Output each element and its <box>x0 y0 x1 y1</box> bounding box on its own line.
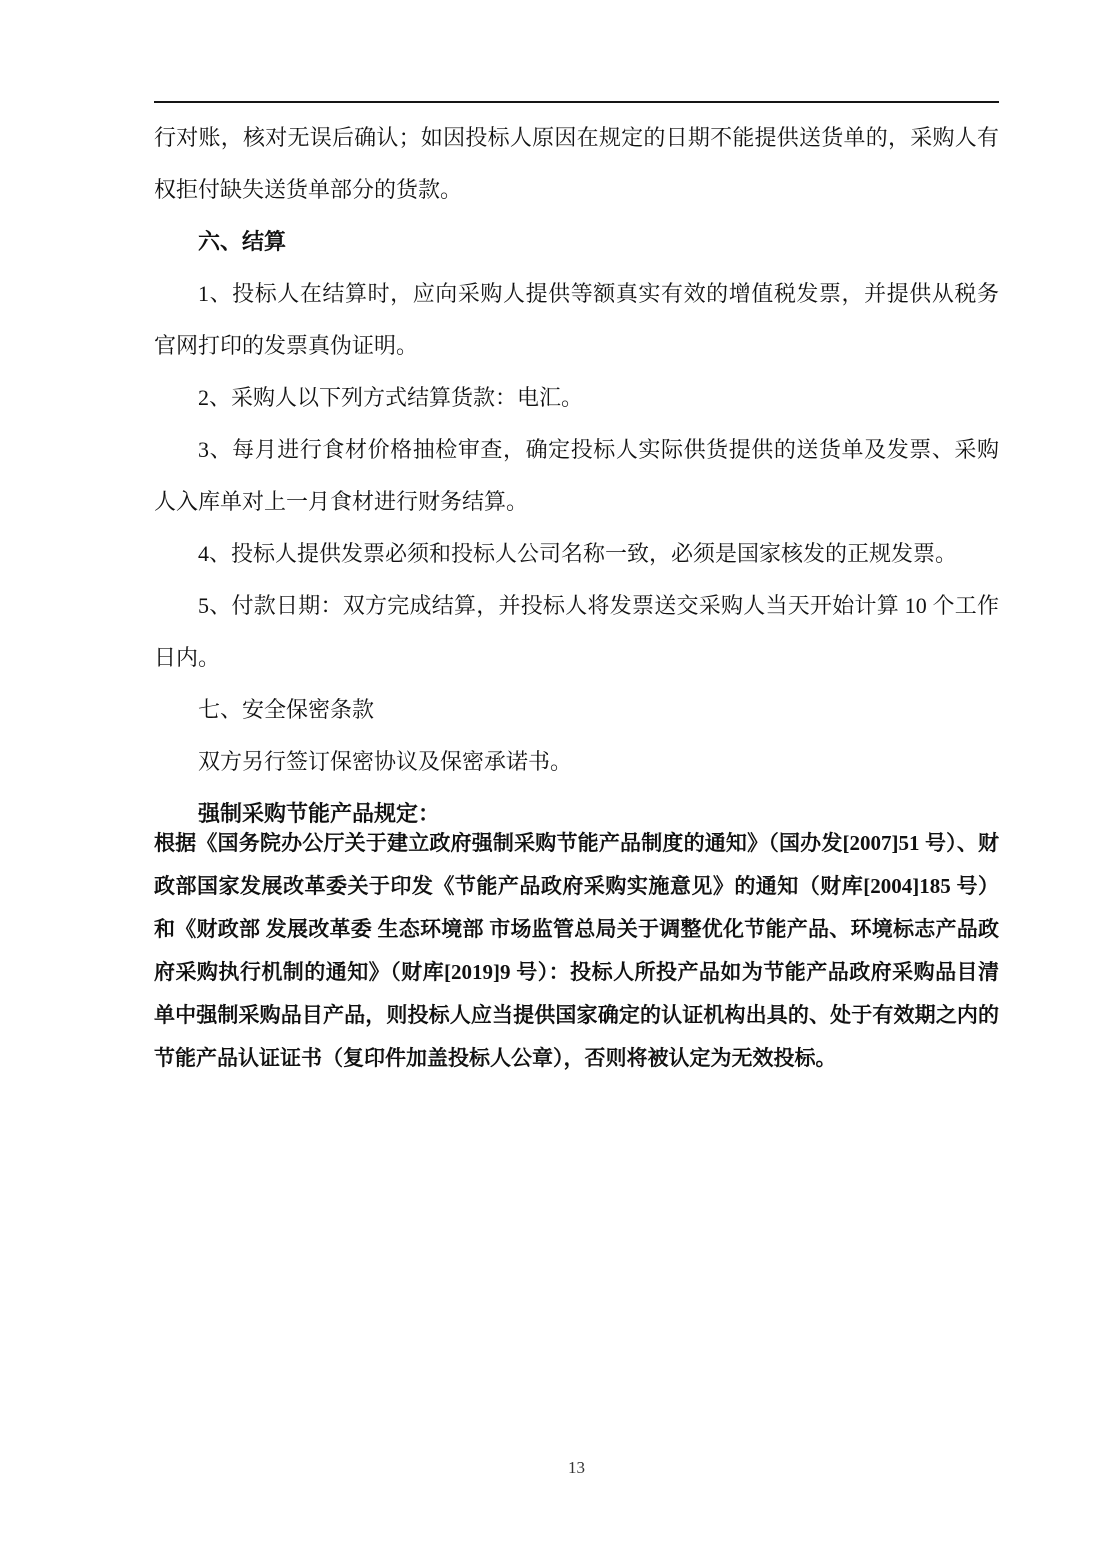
page-number: 13 <box>154 1458 999 1478</box>
paragraph-settlement-item-1: 1、投标人在结算时，应向采购人提供等额真实有效的增值税发票，并提供从税务官网打印… <box>154 268 999 372</box>
paragraph-settlement-item-4: 4、投标人提供发票必须和投标人公司名称一致，必须是国家核发的正规发票。 <box>154 528 999 580</box>
paragraph-settlement-item-3: 3、每月进行食材价格抽检审查，确定投标人实际供货提供的送货单及发票、采购人入库单… <box>154 424 999 528</box>
heading-section-7-confidentiality: 七、安全保密条款 <box>154 684 999 736</box>
paragraph-settlement-item-5: 5、付款日期：双方完成结算，并投标人将发票送交采购人当天开始计算 10 个工作日… <box>154 580 999 684</box>
paragraph-confidentiality: 双方另行签订保密协议及保密承诺书。 <box>154 736 999 788</box>
document-page: 行对账，核对无误后确认；如因投标人原因在规定的日期不能提供送货单的，采购人有权拒… <box>0 0 1103 1559</box>
document-body: 行对账，核对无误后确认；如因投标人原因在规定的日期不能提供送货单的，采购人有权拒… <box>154 112 999 1080</box>
header-rule <box>154 101 999 103</box>
paragraph-energy-saving-procurement-rule: 根据《国务院办公厅关于建立政府强制采购节能产品制度的通知》（国办发[2007]5… <box>154 822 999 1080</box>
paragraph-settlement-item-2: 2、采购人以下列方式结算货款：电汇。 <box>154 372 999 424</box>
heading-section-6-settlement: 六、结算 <box>154 216 999 268</box>
paragraph-reconciliation-continuation: 行对账，核对无误后确认；如因投标人原因在规定的日期不能提供送货单的，采购人有权拒… <box>154 112 999 216</box>
